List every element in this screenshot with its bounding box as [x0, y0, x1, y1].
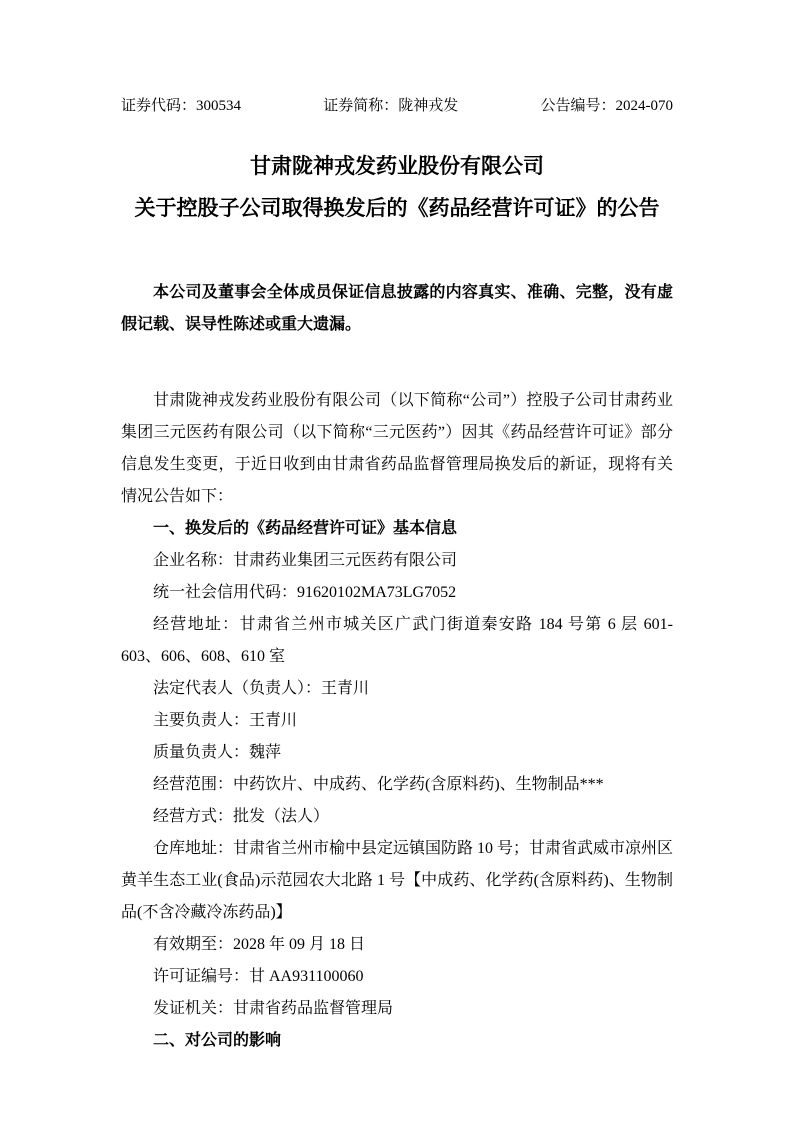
section2-heading: 二、对公司的影响	[121, 1025, 673, 1057]
stock-code: 证券代码：300534	[121, 97, 241, 115]
license-item-company-name: 企业名称：甘肃药业集团三元医药有限公司	[121, 545, 673, 577]
title-block: 甘肃陇神戎发药业股份有限公司 关于控股子公司取得换发后的《药品经营许可证》的公告	[121, 145, 673, 229]
document-body: 本公司及董事会全体成员保证信息披露的内容真实、准确、完整，没有虚假记载、误导性陈…	[121, 277, 673, 1057]
stock-short-name: 证券简称：陇神戎发	[323, 97, 458, 115]
license-item-legal-representative: 法定代表人（负责人）：王青川	[121, 673, 673, 705]
license-item-business-address: 经营地址：甘肃省兰州市城关区广武门街道秦安路 184 号第 6 层 601-60…	[121, 609, 673, 673]
license-item-principal: 主要负责人：王青川	[121, 705, 673, 737]
license-item-valid-until: 有效期至：2028 年 09 月 18 日	[121, 929, 673, 961]
announcement-title: 关于控股子公司取得换发后的《药品经营许可证》的公告	[121, 187, 673, 229]
disclaimer-paragraph: 本公司及董事会全体成员保证信息披露的内容真实、准确、完整，没有虚假记载、误导性陈…	[121, 277, 673, 341]
license-item-issuing-authority: 发证机关：甘肃省药品监督管理局	[121, 993, 673, 1025]
announcement-number: 公告编号：2024-070	[541, 97, 674, 115]
document-page: 证券代码：300534 证券简称：陇神戎发 公告编号：2024-070 甘肃陇神…	[0, 0, 794, 1122]
license-item-quality-manager: 质量负责人：魏萍	[121, 737, 673, 769]
license-item-credit-code: 统一社会信用代码：91620102MA73LG7052	[121, 577, 673, 609]
document-header: 证券代码：300534 证券简称：陇神戎发 公告编号：2024-070	[121, 97, 673, 115]
license-item-business-mode: 经营方式：批发（法人）	[121, 801, 673, 833]
license-item-license-number: 许可证编号：甘 AA931100060	[121, 961, 673, 993]
intro-paragraph: 甘肃陇神戎发药业股份有限公司（以下简称“公司”）控股子公司甘肃药业集团三元医药有…	[121, 385, 673, 513]
license-item-warehouse-address: 仓库地址：甘肃省兰州市榆中县定远镇国防路 10 号；甘肃省武威市凉州区黄羊生态工…	[121, 833, 673, 929]
license-item-business-scope: 经营范围：中药饮片、中成药、化学药(含原料药)、生物制品***	[121, 769, 673, 801]
section1-heading: 一、换发后的《药品经营许可证》基本信息	[121, 513, 673, 545]
company-title: 甘肃陇神戎发药业股份有限公司	[121, 145, 673, 187]
